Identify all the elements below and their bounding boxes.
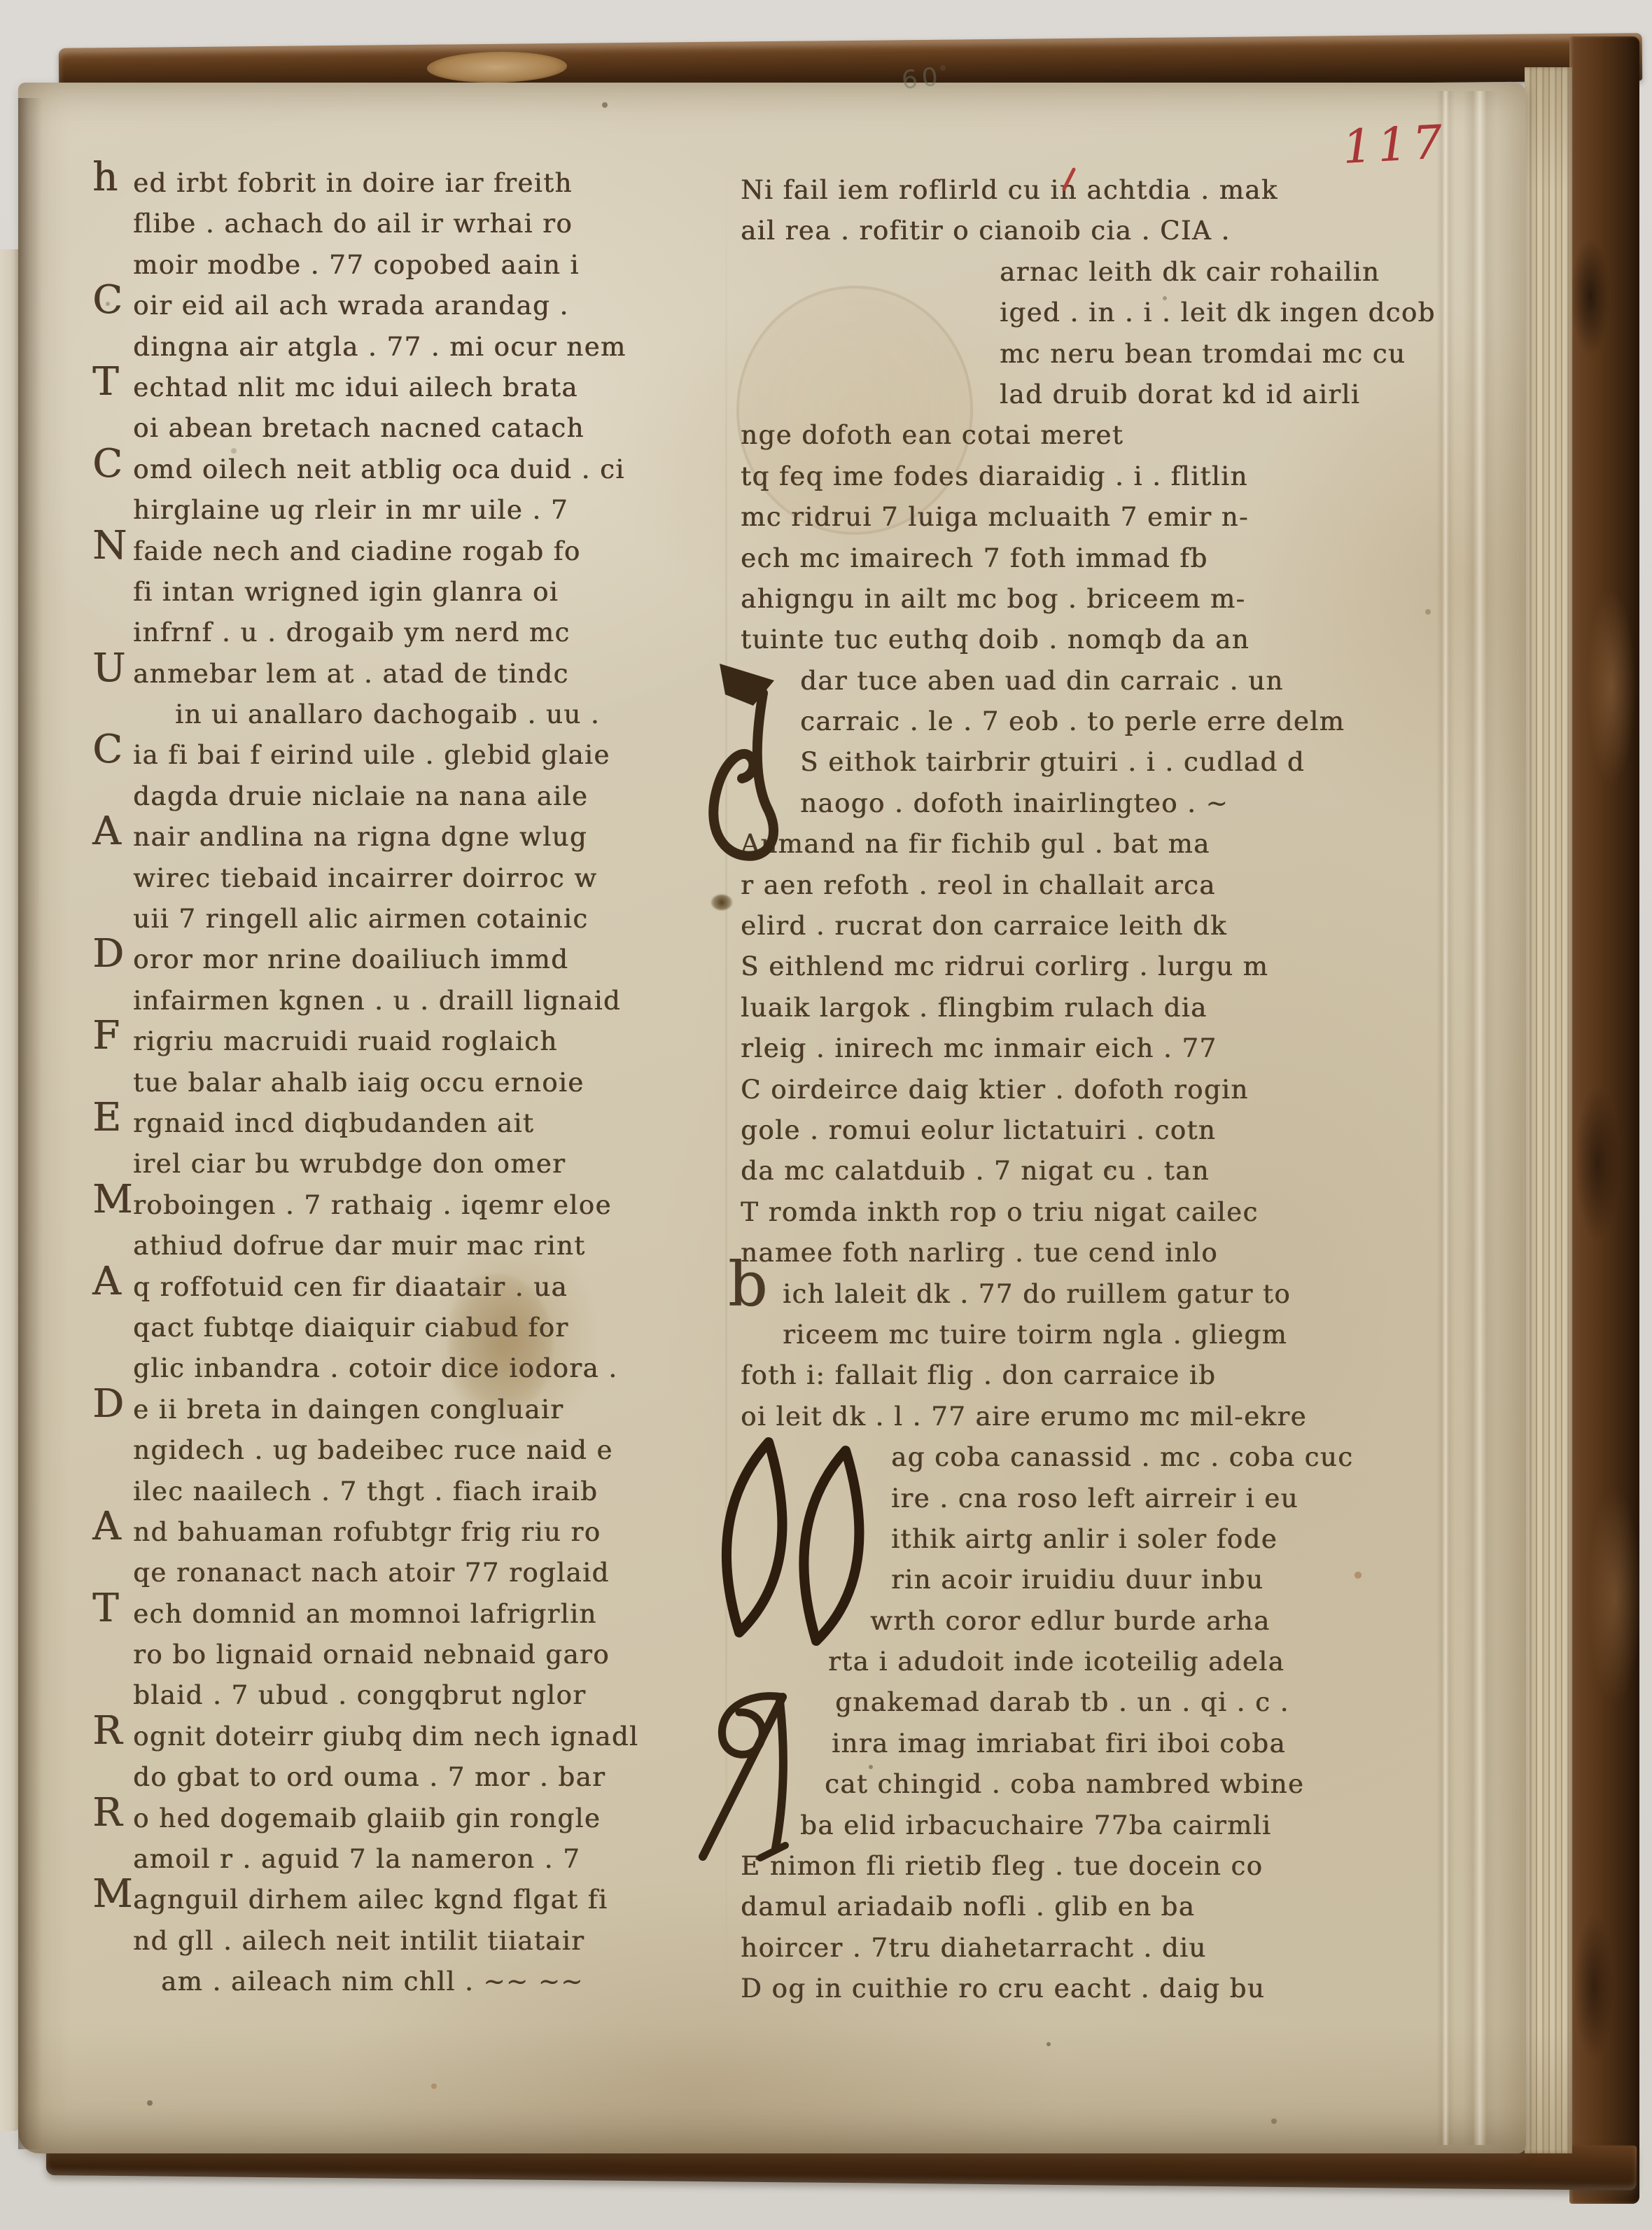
section-initial: M <box>92 1182 134 1218</box>
text-line: tq feq ime fodes diaraidig . i . flitlin <box>741 459 1448 499</box>
line-text: ich laleit dk . 77 do ruillem gatur to <box>783 1279 1291 1309</box>
line-text: qe ronanact nach atoir 77 roglaid <box>133 1558 610 1588</box>
text-line: ngidech . ug badeibec ruce naid e <box>133 1432 735 1473</box>
text-line: S eithok tairbrir gtuiri . i . cudlad d <box>741 744 1448 785</box>
line-text: ro bo lignaid ornaid nebnaid garo <box>133 1640 610 1670</box>
text-line: ba elid irbacuchaire 77ba cairmli <box>741 1808 1448 1848</box>
text-line: blaid . 7 ubud . congqbrut nglor <box>133 1677 735 1718</box>
line-text: ba elid irbacuchaire 77ba cairmli <box>800 1810 1271 1840</box>
line-text: agnguil dirhem ailec kgnd flgat fi <box>133 1885 608 1915</box>
text-line: bich laleit dk . 77 do ruillem gatur to <box>741 1276 1448 1317</box>
text-line: gole . romui eolur lictatuiri . cotn <box>741 1112 1448 1153</box>
text-line: moir modbe . 77 copobed aain i <box>133 247 735 288</box>
line-text: D og in cuithie ro cru eacht . daig bu <box>741 1973 1265 2004</box>
line-text: oi abean bretach nacned catach <box>133 413 584 443</box>
text-line: irel ciar bu wrubdge don omer <box>133 1146 735 1187</box>
text-line: ro bo lignaid ornaid nebnaid garo <box>133 1637 735 1677</box>
line-text: e ii breta in daingen congluair <box>133 1395 563 1425</box>
line-text: arnac leith dk cair rohailin <box>1000 257 1380 287</box>
text-line: mc neru bean tromdai mc cu <box>741 336 1448 377</box>
text-line: namee foth narlirg . tue cend inlo <box>741 1235 1448 1276</box>
line-text: roboingen . 7 rathaig . iqemr eloe <box>133 1190 612 1220</box>
line-text: E nimon fli rietib fleg . tue docein co <box>741 1851 1263 1881</box>
line-text: uii 7 ringell alic airmen cotainic <box>133 904 588 934</box>
line-text: Ni fail iem roflirld cu in achtdia . mak <box>741 175 1278 205</box>
line-text: ognit doteirr giubq dim nech ignadl <box>133 1721 638 1752</box>
line-text: infairmen kgnen . u . draill lignaid <box>133 986 621 1016</box>
line-text: hoircer . 7tru diahetarracht . diu <box>741 1933 1207 1963</box>
left-text-column: hed irbt fobrit in doire iar freithflibe… <box>133 165 735 2005</box>
line-text: iged . in . i . leit dk ingen dcob <box>1000 298 1436 328</box>
section-initial: U <box>92 650 127 687</box>
text-line: Doror mor nrine doailiuch immd <box>133 942 735 982</box>
text-line: nge dofoth ean cotai meret <box>741 417 1448 458</box>
section-initial: R <box>92 1713 123 1749</box>
text-line: infrnf . u . drogaib ym nerd mc <box>133 615 735 655</box>
book-cover-right-edge <box>1569 36 1639 2204</box>
text-line: ag coba canassid . mc . coba cuc <box>741 1439 1448 1480</box>
line-text: elird . rucrat don carraice leith dk <box>741 911 1227 941</box>
text-line: Uanmebar lem at . atad de tindc <box>133 656 735 697</box>
text-line: glic inbandra . cotoir dice iodora . <box>133 1350 735 1391</box>
text-line: dingna air atgla . 77 . mi ocur nem <box>133 329 735 370</box>
folio-number: 117 <box>1341 115 1449 174</box>
text-line: wrth coror edlur burde arha <box>741 1603 1448 1644</box>
line-text: qact fubtqe diaiquir ciabud for <box>133 1313 568 1343</box>
text-line: Rognit doteirr giubq dim nech ignadl <box>133 1719 735 1759</box>
text-line: wirec tiebaid incairrer doirroc w <box>133 860 735 901</box>
text-line: Anair andlina na rigna dgne wlug <box>133 819 735 860</box>
text-line: Coir eid ail ach wrada arandag . <box>133 288 735 328</box>
text-line: Cia fi bai f eirind uile . glebid glaie <box>133 737 735 778</box>
text-line: ahigngu in ailt mc bog . briceem m- <box>741 581 1448 622</box>
line-text: athiud dofrue dar muir mac rint <box>133 1231 585 1261</box>
line-text: anmebar lem at . atad de tindc <box>133 659 569 689</box>
section-initial: D <box>92 1386 125 1423</box>
line-text: ire . cna roso left airreir i eu <box>891 1483 1298 1514</box>
line-text: rigriu macruidi ruaid roglaich <box>133 1026 558 1056</box>
text-line: C oirdeirce daig ktier . dofoth rogin <box>741 1072 1448 1112</box>
line-text: glic inbandra . cotoir dice iodora . <box>133 1353 617 1383</box>
text-line: tue balar ahalb iaig occu ernoie <box>133 1065 735 1105</box>
page-bottom-shading <box>18 2023 1526 2153</box>
text-line: Ergnaid incd diqbudanden ait <box>133 1105 735 1146</box>
line-text: rta i adudoit inde icoteilig adela <box>828 1647 1284 1677</box>
text-line: luaik largok . flingbim rulach dia <box>741 990 1448 1030</box>
line-text: do gbat to ord ouma . 7 mor . bar <box>133 1762 605 1792</box>
line-text: gnakemad darab tb . un . qi . c . <box>835 1687 1289 1717</box>
text-line: foth i: fallait flig . don carraice ib <box>741 1357 1448 1398</box>
line-text: ithik airtg anlir i soler fode <box>891 1524 1277 1554</box>
text-line: fi intan wrigned igin glanra oi <box>133 574 735 615</box>
text-line: Mroboingen . 7 rathaig . iqemr eloe <box>133 1187 735 1228</box>
text-line: hoircer . 7tru diahetarracht . diu <box>741 1930 1448 1971</box>
text-line: ithik airtg anlir i soler fode <box>741 1521 1448 1562</box>
text-line: flibe . achach do ail ir wrhai ro <box>133 206 735 246</box>
line-text: namee foth narlirg . tue cend inlo <box>741 1238 1218 1268</box>
line-text: ech mc imairech 7 foth immad fb <box>741 543 1208 573</box>
line-text: in ui anallaro dachogaib . uu . <box>175 699 600 729</box>
page-edges-stack <box>1525 67 1572 2153</box>
line-text: oir eid ail ach wrada arandag . <box>133 291 569 321</box>
section-initial: A <box>92 1509 122 1545</box>
line-text: foth i: fallait flig . don carraice ib <box>741 1360 1216 1390</box>
gutter-shadow <box>18 98 42 2149</box>
text-line: dagda druie niclaie na nana aile <box>133 778 735 819</box>
section-initial: T <box>92 1591 120 1627</box>
line-text: dingna air atgla . 77 . mi ocur nem <box>133 332 626 362</box>
text-line: T romda inkth rop o triu nigat cailec <box>741 1194 1448 1235</box>
line-text: am . aileach nim chll . ~~ ~~ <box>161 1966 584 1997</box>
line-text: moir modbe . 77 copobed aain i <box>133 250 580 280</box>
line-text: ngidech . ug badeibec ruce naid e <box>133 1435 613 1465</box>
line-text: tq feq ime fodes diaraidig . i . flitlin <box>741 461 1248 491</box>
line-text: ahigngu in ailt mc bog . briceem m- <box>741 584 1245 614</box>
section-initial: C <box>92 446 123 482</box>
line-text: wrth coror edlur burde arha <box>870 1606 1270 1636</box>
line-text: riceem mc tuire toirm ngla . gliegm <box>783 1320 1287 1350</box>
text-line: hirglaine ug rleir in mr uile . 7 <box>133 492 735 533</box>
section-initial: N <box>92 528 128 564</box>
text-line: athiud dofrue dar muir mac rint <box>133 1228 735 1269</box>
text-line: ilec naailech . 7 thgt . fiach iraib <box>133 1474 735 1514</box>
text-line: Magnguil dirhem ailec kgnd flgat fi <box>133 1882 735 1922</box>
line-text: mc neru bean tromdai mc cu <box>1000 339 1406 369</box>
text-line: do gbat to ord ouma . 7 mor . bar <box>133 1759 735 1800</box>
line-text: flibe . achach do ail ir wrhai ro <box>133 209 573 239</box>
text-line: r aen refoth . reol in challait arca <box>741 867 1448 908</box>
text-line: nd gll . ailech neit intilit tiiatair <box>133 1923 735 1964</box>
text-line: ech mc imairech 7 foth immad fb <box>741 540 1448 581</box>
text-line: carraic . le . 7 eob . to perle erre del… <box>741 704 1448 744</box>
line-text: S eithlend mc ridrui corlirg . lurgu m <box>741 951 1268 981</box>
line-text: rgnaid incd diqbudanden ait <box>133 1108 534 1138</box>
text-line: E nimon fli rietib fleg . tue docein co <box>741 1848 1448 1889</box>
text-line: hed irbt fobrit in doire iar freith <box>133 165 735 206</box>
section-initial: C <box>92 282 123 319</box>
text-line: Aq roffotuid cen fir diaatair . ua <box>133 1269 735 1310</box>
text-line: rleig . inirech mc inmair eich . 77 <box>741 1030 1448 1071</box>
text-line: in ui anallaro dachogaib . uu . <box>133 697 735 737</box>
line-text: faide nech and ciadine rogab fo <box>133 536 581 566</box>
page-crease <box>1463 91 1497 2145</box>
line-text: S eithok tairbrir gtuiri . i . cudlad d <box>800 747 1305 777</box>
line-text: echtad nlit mc idui ailech brata <box>133 372 578 403</box>
line-text: oi leit dk . l . 77 aire erumo mc mil-ek… <box>741 1402 1307 1432</box>
text-line: naogo . dofoth inairlingteo . ~ <box>741 785 1448 826</box>
line-text: irel ciar bu wrubdge don omer <box>133 1149 566 1179</box>
text-line: ail rea . rofitir o cianoib cia . CIA . <box>741 213 1448 253</box>
text-line: Techtad nlit mc idui ailech brata <box>133 370 735 410</box>
text-line: D og in cuithie ro cru eacht . daig bu <box>741 1971 1448 2011</box>
text-line: Ni fail iem roflirld cu in achtdia . mak <box>741 172 1448 213</box>
text-line: qact fubtqe diaiquir ciabud for <box>133 1310 735 1350</box>
text-line: damul ariadaib nofli . glib en ba <box>741 1889 1448 1929</box>
line-text: rleig . inirech mc inmair eich . 77 <box>741 1033 1217 1063</box>
line-text: cat chingid . coba nambred wbine <box>825 1769 1304 1799</box>
text-line: cat chingid . coba nambred wbine <box>741 1766 1448 1807</box>
section-initial: A <box>92 1264 122 1300</box>
line-text: dagda druie niclaie na nana aile <box>133 781 588 811</box>
line-text: mc ridrui 7 luiga mcluaith 7 emir n- <box>741 502 1249 532</box>
line-text: nd gll . ailech neit intilit tiiatair <box>133 1926 584 1956</box>
text-line: De ii breta in daingen congluair <box>133 1392 735 1432</box>
line-text: infrnf . u . drogaib ym nerd mc <box>133 617 570 648</box>
line-text: C oirdeirce daig ktier . dofoth rogin <box>741 1075 1249 1105</box>
section-initial: R <box>92 1795 123 1831</box>
text-line: dar tuce aben uad din carraic . un <box>741 663 1448 704</box>
text-line: da mc calatduib . 7 nigat cu . tan <box>741 1153 1448 1194</box>
line-text: wirec tiebaid incairrer doirroc w <box>133 863 597 893</box>
text-line: amoil r . aguid 7 la nameron . 7 <box>133 1841 735 1882</box>
text-line: uii 7 ringell alic airmen cotainic <box>133 901 735 942</box>
line-text: gole . romui eolur lictatuiri . cotn <box>741 1115 1216 1145</box>
line-text: ed irbt fobrit in doire iar freith <box>133 168 573 198</box>
section-initial: A <box>92 813 122 850</box>
section-initial: E <box>92 1100 122 1136</box>
line-text: ech domnid an momnoi lafrigrlin <box>133 1599 597 1629</box>
line-text: T romda inkth rop o triu nigat cailec <box>741 1197 1259 1227</box>
section-initial: h <box>92 160 119 196</box>
text-line: inra imag imriabat firi iboi coba <box>741 1726 1448 1766</box>
text-line: infairmen kgnen . u . draill lignaid <box>133 983 735 1023</box>
line-text: naogo . dofoth inairlingteo . ~ <box>800 788 1228 818</box>
text-line: rta i adudoit inde icoteilig adela <box>741 1644 1448 1684</box>
line-text: amoil r . aguid 7 la nameron . 7 <box>133 1844 580 1874</box>
text-line: gnakemad darab tb . un . qi . c . <box>741 1684 1448 1725</box>
text-line: Nfaide nech and ciadine rogab fo <box>133 533 735 574</box>
text-line: Anmand na fir fichib gul . bat ma <box>741 826 1448 867</box>
line-text: nge dofoth ean cotai meret <box>741 420 1123 450</box>
line-text: oror mor nrine doailiuch immd <box>133 944 568 974</box>
text-line: rin acoir iruidiu duur inbu <box>741 1562 1448 1602</box>
parchment-speckles <box>0 0 3 3</box>
line-text: ia fi bai f eirind uile . glebid glaie <box>133 740 610 770</box>
text-line: arnac leith dk cair rohailin <box>741 254 1448 295</box>
line-text: tuinte tuc euthq doib . nomqb da an <box>741 624 1249 655</box>
line-text: tue balar ahalb iaig occu ernoie <box>133 1068 584 1098</box>
section-initial: M <box>92 1876 134 1913</box>
line-text: q roffotuid cen fir diaatair . ua <box>133 1272 568 1302</box>
right-text-column: Ni fail iem roflirld cu in achtdia . mak… <box>741 172 1448 2012</box>
text-line: lad druib dorat kd id airli <box>741 377 1448 417</box>
pencil-annotation: 60 <box>900 62 944 95</box>
manuscript-photo: 60 117 hed irbt fobrit in doire iar frei… <box>0 0 1652 2229</box>
line-text: r aen refoth . reol in challait arca <box>741 870 1216 900</box>
text-line: S eithlend mc ridrui corlirg . lurgu m <box>741 949 1448 989</box>
line-text: omd oilech neit atblig oca duid . ci <box>133 454 625 484</box>
text-line: am . aileach nim chll . ~~ ~~ <box>133 1964 735 2004</box>
line-text: ail rea . rofitir o cianoib cia . CIA . <box>741 216 1231 246</box>
text-line: ire . cna roso left airreir i eu <box>741 1481 1448 1521</box>
text-line: riceem mc tuire toirm ngla . gliegm <box>741 1317 1448 1357</box>
text-line: Tech domnid an momnoi lafrigrlin <box>133 1596 735 1637</box>
line-text: rin acoir iruidiu duur inbu <box>891 1565 1263 1595</box>
line-text: nair andlina na rigna dgne wlug <box>133 822 587 852</box>
line-text: lad druib dorat kd id airli <box>1000 379 1360 410</box>
text-line: oi abean bretach nacned catach <box>133 410 735 451</box>
text-line: elird . rucrat don carraice leith dk <box>741 908 1448 949</box>
line-text: Anmand na fir fichib gul . bat ma <box>741 829 1210 859</box>
line-text: ilec naailech . 7 thgt . fiach iraib <box>133 1476 598 1507</box>
line-text: ag coba canassid . mc . coba cuc <box>891 1442 1353 1472</box>
line-text: inra imag imriabat firi iboi coba <box>832 1728 1286 1759</box>
section-initial: F <box>92 1018 120 1054</box>
line-text: damul ariadaib nofli . glib en ba <box>741 1892 1195 1922</box>
text-line: mc ridrui 7 luiga mcluaith 7 emir n- <box>741 499 1448 540</box>
text-line: Frigriu macruidi ruaid roglaich <box>133 1023 735 1064</box>
line-text: hirglaine ug rleir in mr uile . 7 <box>133 495 568 525</box>
section-initial: C <box>92 732 123 768</box>
text-line: iged . in . i . leit dk ingen dcob <box>741 295 1448 335</box>
line-text: dar tuce aben uad din carraic . un <box>800 666 1284 696</box>
line-text: o hed dogemaib glaiib gin rongle <box>133 1803 601 1833</box>
text-line: qe ronanact nach atoir 77 roglaid <box>133 1555 735 1595</box>
text-line: Comd oilech neit atblig oca duid . ci <box>133 452 735 492</box>
line-text: blaid . 7 ubud . congqbrut nglor <box>133 1680 586 1710</box>
line-text: fi intan wrigned igin glanra oi <box>133 577 559 607</box>
section-initial: b <box>728 1266 769 1303</box>
section-initial: D <box>92 936 125 972</box>
line-text: da mc calatduib . 7 nigat cu . tan <box>741 1156 1210 1186</box>
line-text: luaik largok . flingbim rulach dia <box>741 993 1207 1023</box>
text-line: tuinte tuc euthq doib . nomqb da an <box>741 622 1448 662</box>
text-line: And bahuaman rofubtgr frig riu ro <box>133 1514 735 1555</box>
text-line: oi leit dk . l . 77 aire erumo mc mil-ek… <box>741 1399 1448 1439</box>
line-text: carraic . le . 7 eob . to perle erre del… <box>800 706 1345 736</box>
section-initial: T <box>92 364 120 400</box>
text-line: Ro hed dogemaib glaiib gin rongle <box>133 1801 735 1841</box>
line-text: nd bahuaman rofubtgr frig riu ro <box>133 1517 601 1547</box>
